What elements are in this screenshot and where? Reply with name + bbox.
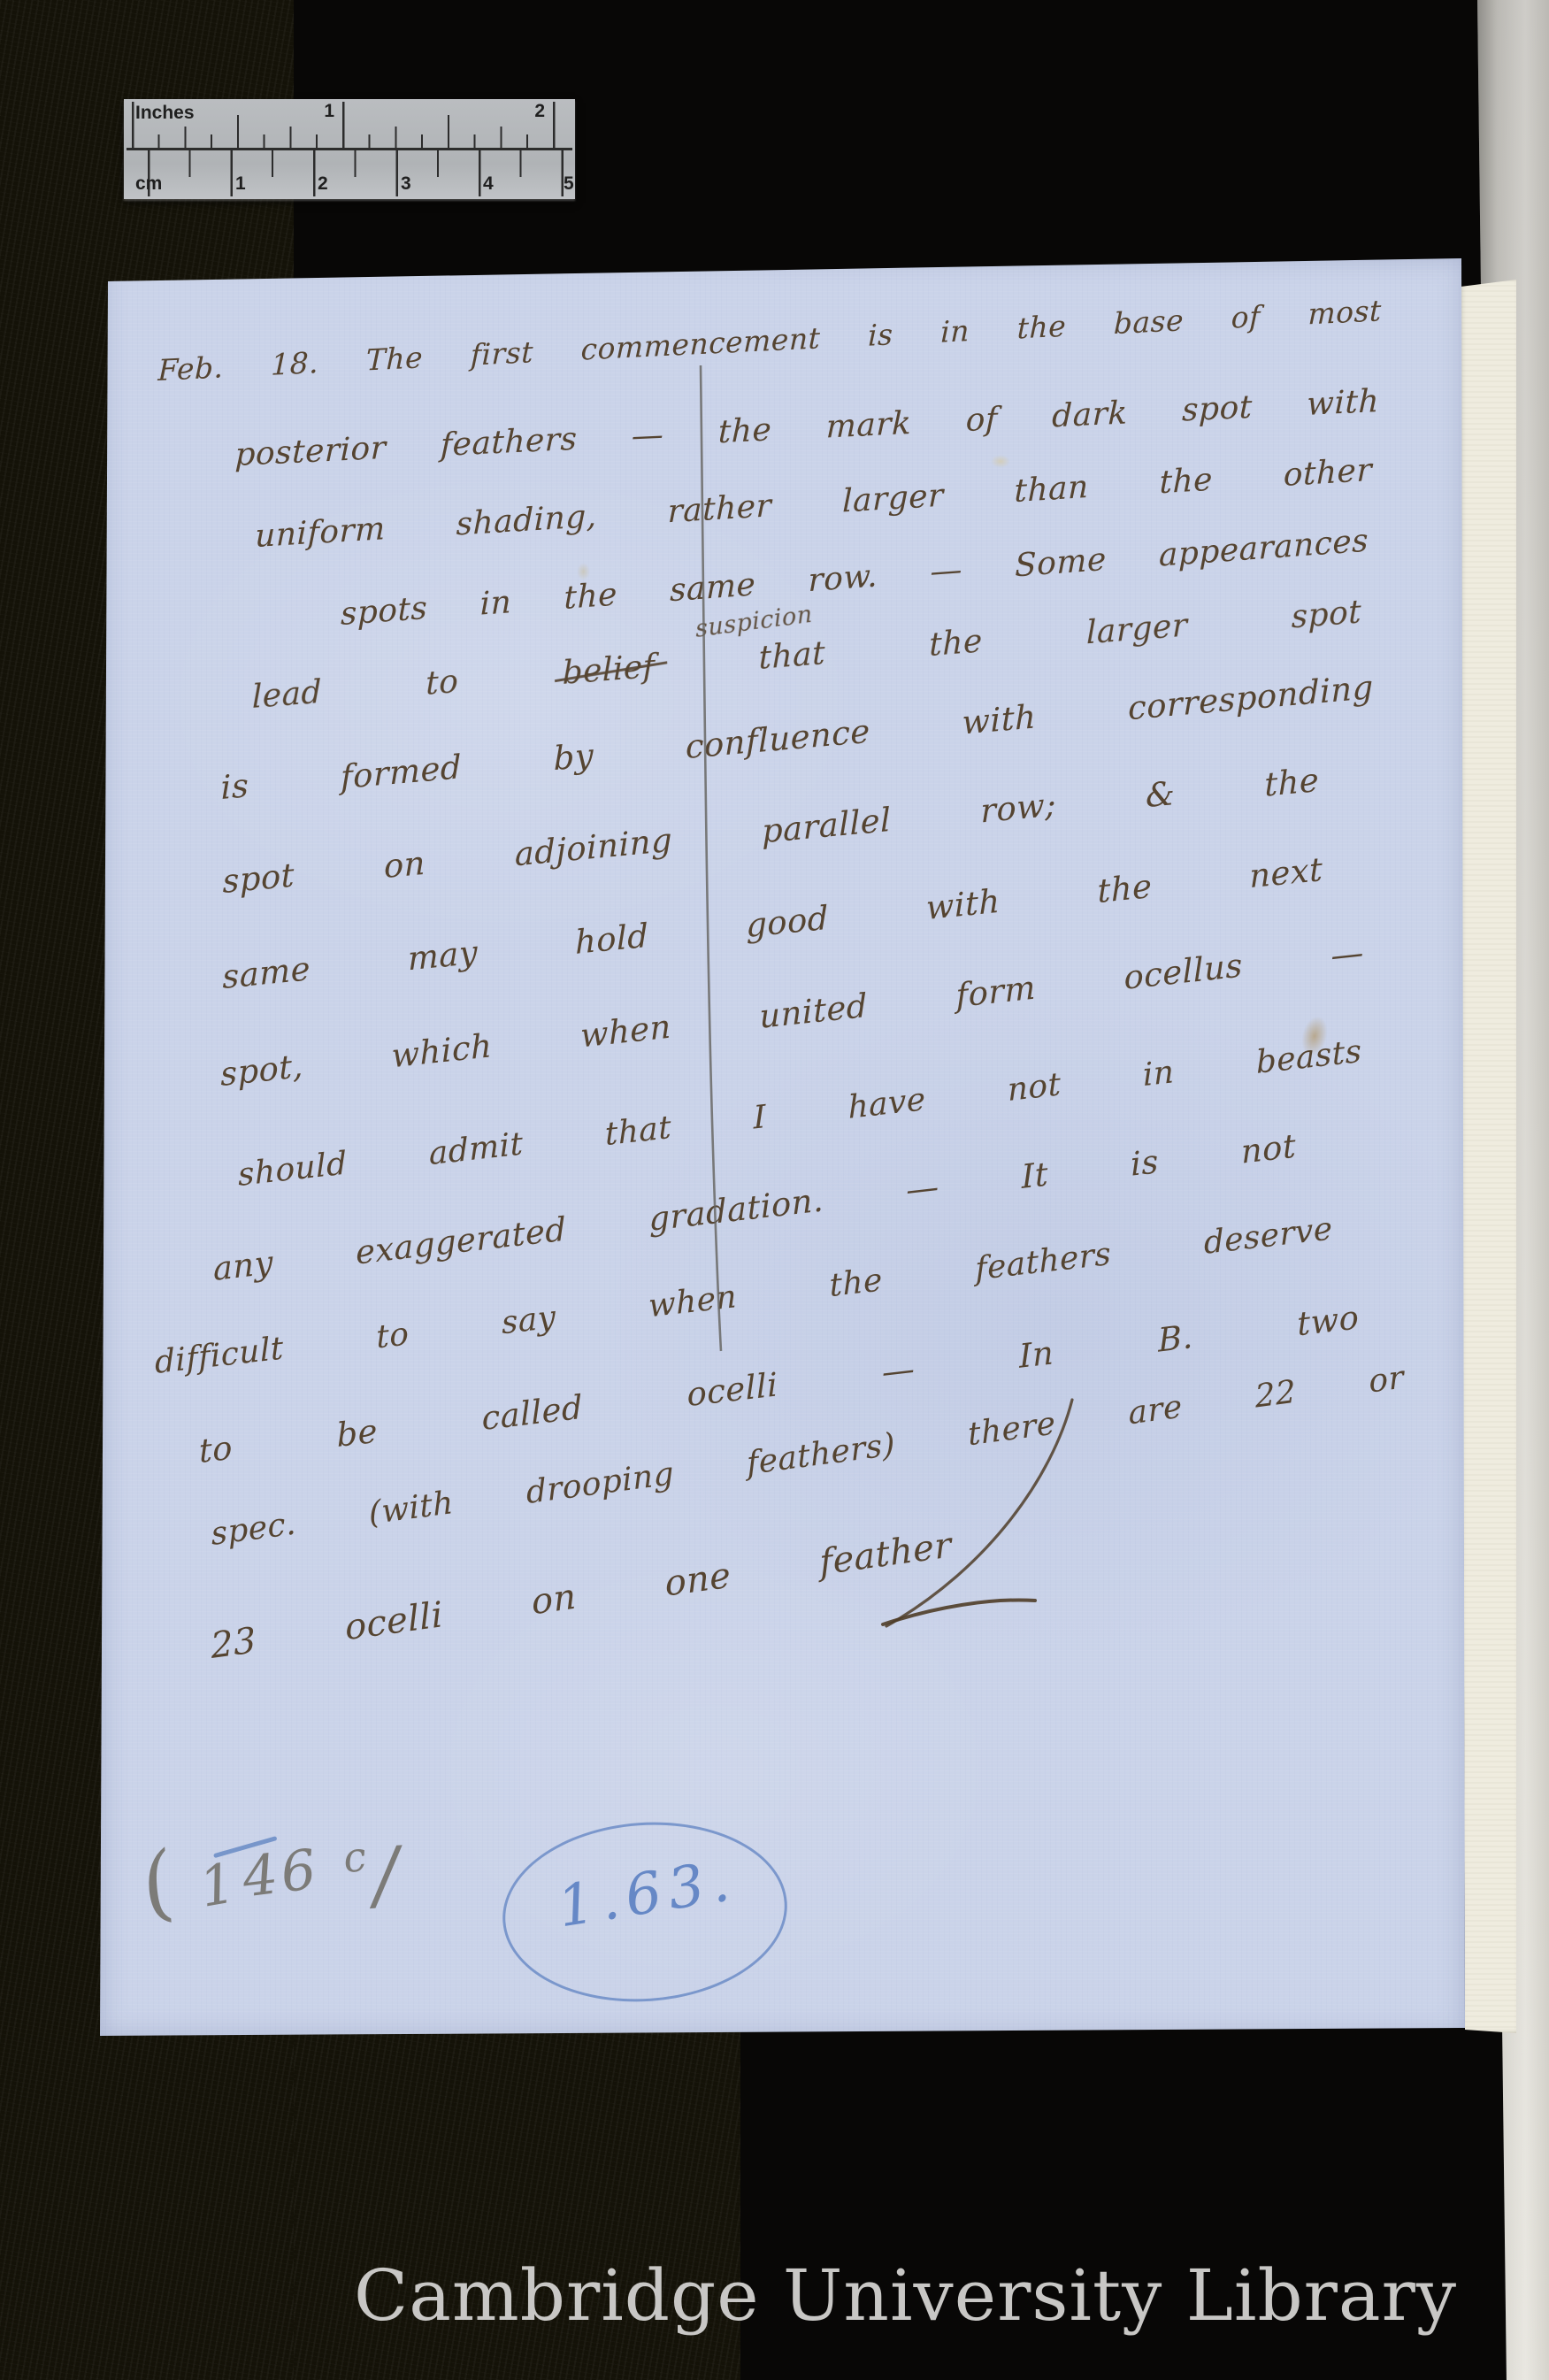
ruler-cm-number-4: 4 <box>483 173 494 195</box>
ruler-inch-number-2: 2 <box>522 101 545 122</box>
ruler-cm-label: cm <box>135 173 162 195</box>
ruler-midline <box>127 148 572 150</box>
pencil-one: 1 <box>195 1850 241 1920</box>
ruler-cm-number-1: 1 <box>235 173 246 195</box>
ruler-inch-number-1: 1 <box>311 101 334 122</box>
ruler-cm-number-3: 3 <box>401 173 411 195</box>
ruler-cm-ticks <box>148 150 564 196</box>
ruler-cm-number-2: 2 <box>318 173 328 195</box>
pencil-shelfmark: ( 1 46 c / <box>142 1833 433 1984</box>
ruler-inches-label: Inches <box>135 103 195 124</box>
blue-crayon-classmark: 1.63. <box>502 1823 787 2001</box>
struck-word: belief <box>562 647 655 694</box>
ruler-inch-ticks <box>132 102 556 148</box>
pencil-slash: / <box>371 1831 402 1919</box>
footer-credit: Cambridge University Library <box>354 2254 1283 2337</box>
pencil-letter: c <box>341 1832 369 1883</box>
guard-strip <box>1458 278 1516 2033</box>
ruler-cm-number-5: 5 <box>564 173 574 195</box>
scale-ruler: Inches cm 1 2 1 2 3 4 5 <box>124 99 575 199</box>
digitised-manuscript-scan: Feb. 18. The first commencement is in th… <box>0 0 1549 2380</box>
